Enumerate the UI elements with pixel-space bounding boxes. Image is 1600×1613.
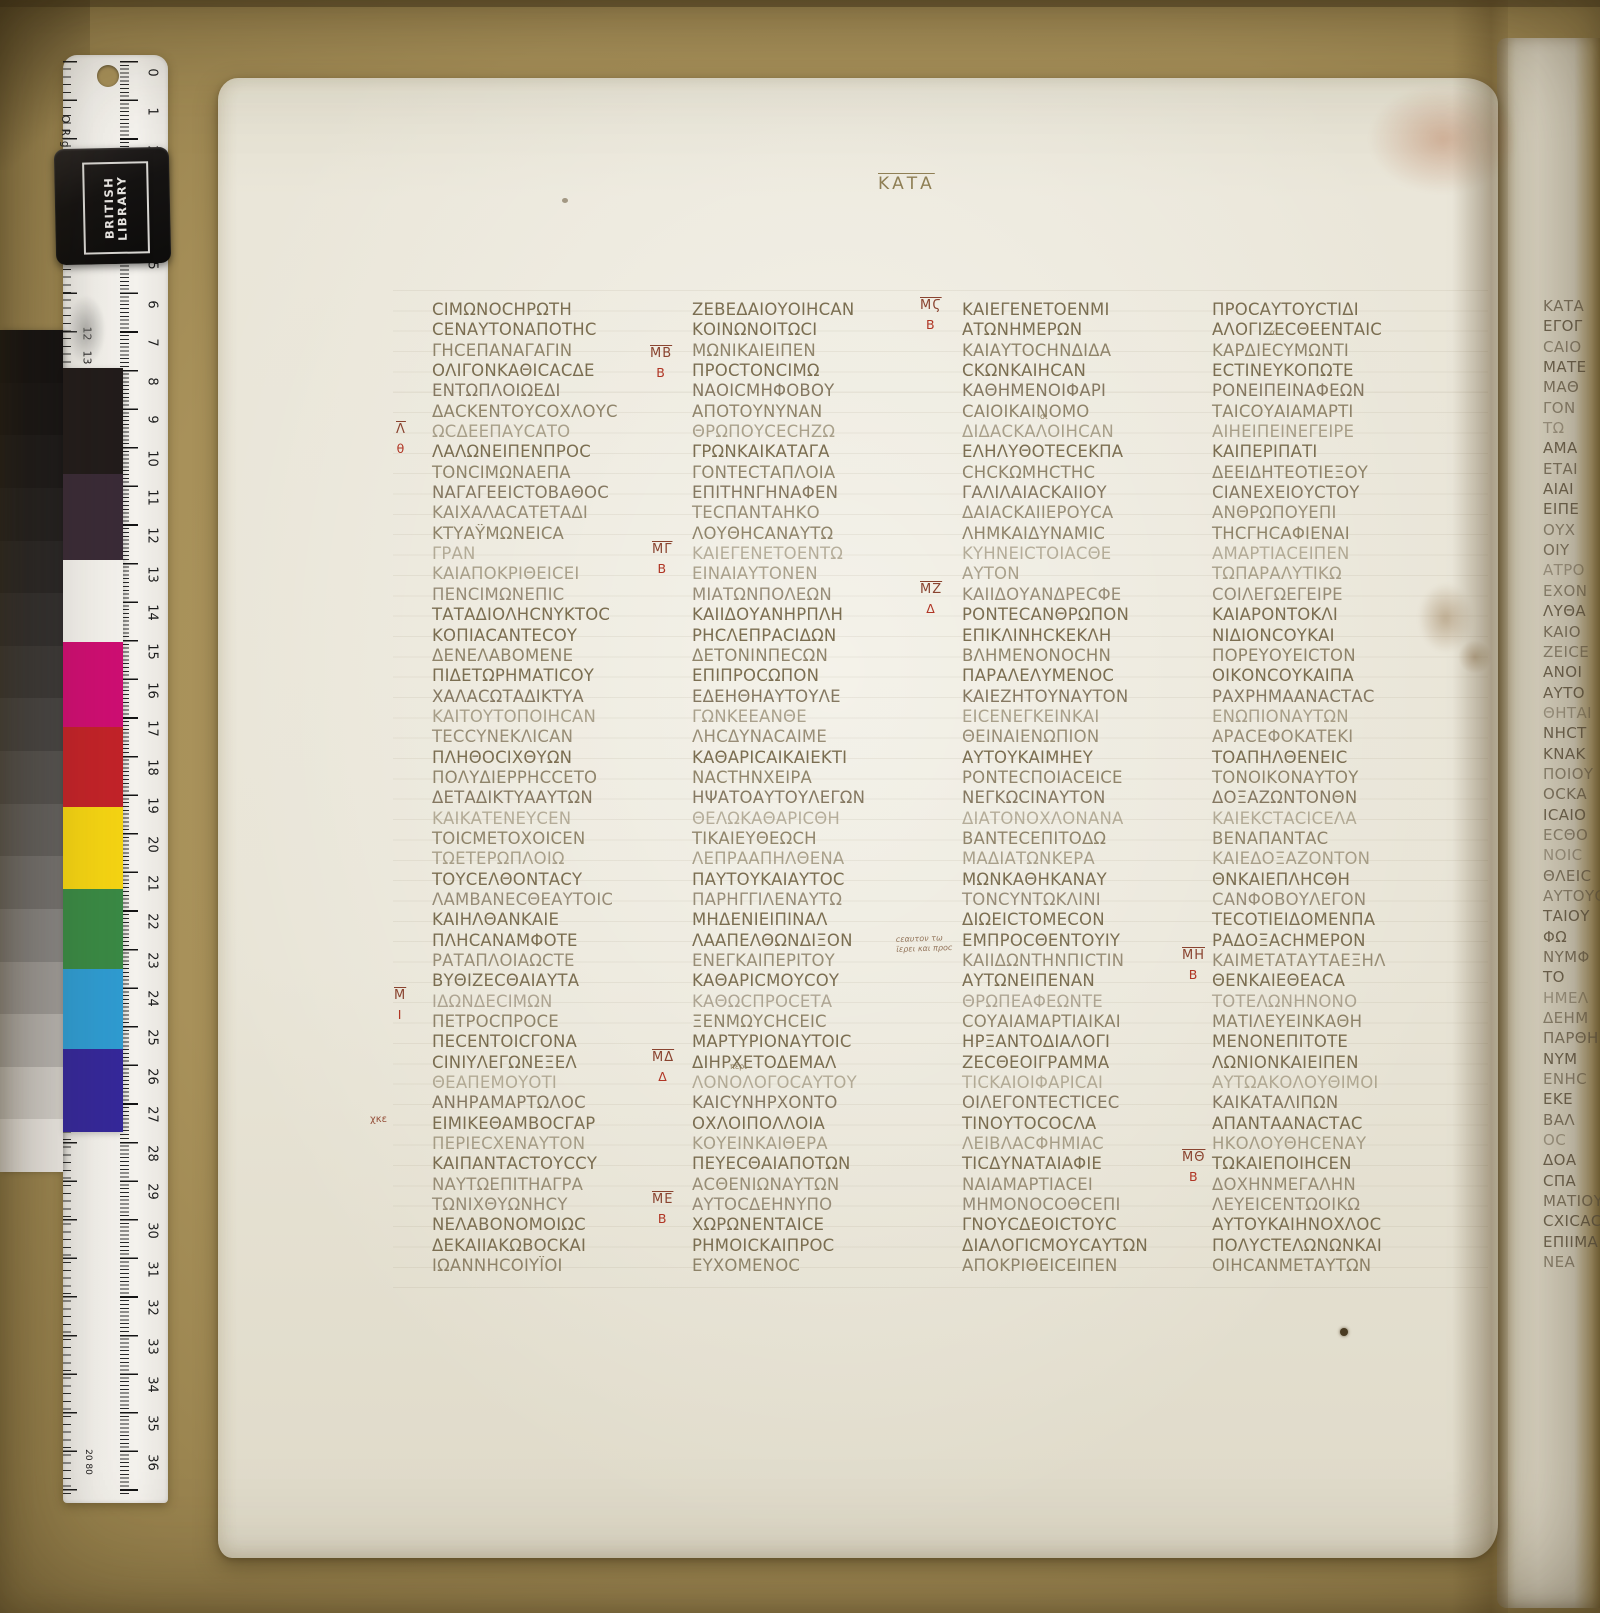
cm-number: 27 xyxy=(145,1106,160,1124)
manuscript-line: ΚΑΙΜΕΤΑΤΑΥΤΑΕΞΗΛ xyxy=(1212,951,1464,971)
manuscript-line: ΚΑΙΕΓΕΝΕΤΟΕΝΜΙ xyxy=(962,300,1214,320)
grayscale-step xyxy=(0,1067,63,1120)
manuscript-line: ΑΜΑΡΤΙΑϹΕΙΠΕΝ xyxy=(1212,544,1464,564)
manuscript-line: ΑΥΤΟϹΔΕΗΝΥΠΟ xyxy=(692,1195,944,1215)
manuscript-line: ΑΠΑΝΤΑΑΝΑϹΤΑϹ xyxy=(1212,1114,1464,1134)
manuscript-line: ΑΝΗΡΑΜΑΡΤΩΛΟϹ xyxy=(432,1093,684,1113)
grayscale-step xyxy=(0,1014,63,1067)
canon-number: Δ xyxy=(920,599,942,618)
eusebian-section-numeral: ΜϚΒ xyxy=(920,296,942,334)
facing-page-line-fragment: ΟϹ xyxy=(1543,1130,1600,1150)
facing-page-line-fragment: ϹΠΑ xyxy=(1543,1171,1600,1191)
facing-page-line-fragment: ΝΗϹΤ xyxy=(1543,723,1600,743)
manuscript-line: ΞΕΝΜΩΥϹΗϹΕΙϹ xyxy=(692,1012,944,1032)
manuscript-line: ΑΥΤΩΑΚΟΛΟΥΘΙΜΟΙ xyxy=(1212,1073,1464,1093)
grayscale-step xyxy=(0,962,63,1015)
manuscript-line: ΠΛΗΘΟϹΙΧΘΥΩΝ xyxy=(432,748,684,768)
manuscript-line: ΕΝΩΠΙΟΝΑΥΤΩΝ xyxy=(1212,707,1464,727)
manuscript-line: ΔΑϹΚΕΝΤΟΥϹΟΧΛΟΥϹ xyxy=(432,402,684,422)
section-number: ΜΓ xyxy=(652,540,672,559)
manuscript-line: ϹΙΜΩΝΟϹΗΡΩΤΗ xyxy=(432,300,684,320)
manuscript-line: ΡΑΤΑΠΛΟΙΑΩϹΤΕ xyxy=(432,951,684,971)
eusebian-section-numeral: ΜΖΔ xyxy=(920,580,942,618)
canon-number: Β xyxy=(920,315,942,334)
facing-page-line-fragment: ΕΧΟΝ xyxy=(1543,581,1600,601)
facing-page-line-fragment: ΕΠΙΙΜΑ xyxy=(1543,1232,1600,1252)
interlinear-correction: αι xyxy=(1270,328,1278,337)
cm-number: 12 xyxy=(145,527,160,545)
manuscript-line: ΗΚΟΛΟΥΘΗϹΕΝΑΥ xyxy=(1212,1134,1464,1154)
manuscript-line: ΠΛΗϹΑΝΑΜΦΟΤΕ xyxy=(432,931,684,951)
facing-page-line-fragment: ΕΝΗϹ xyxy=(1543,1069,1600,1089)
manuscript-line: ΘΝΚΑΙΕΠΛΗϹΘΗ xyxy=(1212,870,1464,890)
grayscale-step xyxy=(0,909,63,962)
manuscript-line: ΜΕΝΟΝΕΠΙΤΟΤΕ xyxy=(1212,1032,1464,1052)
manuscript-line: ΤΙΚΑΙΕΥΘΕΩϹΗ xyxy=(692,829,944,849)
facing-page-line-fragment: ΛΥΘΑ xyxy=(1543,601,1600,621)
manuscript-line: ΕΝΕΓΚΑΙΠΕΡΙΤΟΥ xyxy=(692,951,944,971)
manuscript-line: ΚΑΘΑΡΙϹΜΟΥϹΟΥ xyxy=(692,971,944,991)
section-number: ΜΘ xyxy=(1182,1148,1205,1167)
manuscript-line: ΔΕΝΕΛΑΒΟΜΕΝΕ xyxy=(432,646,684,666)
manuscript-line: ΑϹΘΕΝΙΩΝΑΥΤΩΝ xyxy=(692,1175,944,1195)
canon-number: Ι xyxy=(394,1005,406,1024)
manuscript-line: ΑΙΗΕΙΠΕΙΝΕΓΕΙΡΕ xyxy=(1212,422,1464,442)
manuscript-line: ΒΑΝΤΕϹΕΠΙΤΟΔΩ xyxy=(962,829,1214,849)
manuscript-line: ΤΟΑΠΗΛΘΕΝΕΙϹ xyxy=(1212,748,1464,768)
manuscript-line: ΟΧΛΟΙΠΟΛΛΟΙΑ xyxy=(692,1114,944,1134)
manuscript-line: ΑΝΘΡΩΠΟΥΕΠΙ xyxy=(1212,503,1464,523)
manuscript-line: ΤΩΠΑΡΑΛΥΤΙΚΩ xyxy=(1212,564,1464,584)
manuscript-line: ΤΕϹΠΑΝΤΑΗΚΟ xyxy=(692,503,944,523)
manuscript-line: ΠΕΤΡΟϹΠΡΟϹΕ xyxy=(432,1012,684,1032)
manuscript-line: ΜΩΝΙΚΑΙΕΙΠΕΝ xyxy=(692,341,944,361)
manuscript-line: ΝΙΔΙΟΝϹΟΥΚΑΙ xyxy=(1212,626,1464,646)
manuscript-line: ΡΟΝΤΕϹΠΟΙΑϹΕΙϹΕ xyxy=(962,768,1214,788)
manuscript-line: ΤΙΝΟΥΤΟϹΟϹΛΑ xyxy=(962,1114,1214,1134)
cm-number: 18 xyxy=(145,758,160,776)
manuscript-line: ΕΠΙΠΡΟϹΩΠΟΝ xyxy=(692,666,944,686)
color-calibration-bar xyxy=(63,368,123,1132)
canon-number: Β xyxy=(652,1209,673,1228)
manuscript-line: ΧΩΡΩΝΕΝΤΑΙϹΕ xyxy=(692,1215,944,1235)
manuscript-line: ΘΡΩΠΕΑΦΕΩΝΤΕ xyxy=(962,992,1214,1012)
manuscript-line: ΚΑΙΑΥΤΟϹΗΝΔΙΔΑ xyxy=(962,341,1214,361)
color-patch-black xyxy=(63,368,123,474)
manuscript-line: ΚΑΙΧΑΛΑϹΑΤΕΤΑΔΙ xyxy=(432,503,684,523)
facing-page-line-fragment: ΝΥΜ xyxy=(1543,1049,1600,1069)
cm-number: 16 xyxy=(145,681,160,699)
facing-page-line-fragment: ΜΑΤΙΟΥ xyxy=(1543,1191,1600,1211)
manuscript-line: ΑΥΤΟΝ xyxy=(962,564,1214,584)
manuscript-line: ΠΙΔΕΤΩΡΗΜΑΤΙϹΟΥ xyxy=(432,666,684,686)
manuscript-line: ΔΕΚΑΙΙΑΚΩΒΟϹΚΑΙ xyxy=(432,1236,684,1256)
color-patch-violet xyxy=(63,1049,123,1132)
manuscript-line: ΠΡΟϹΤΟΝϹΙΜΩ xyxy=(692,361,944,381)
grayscale-wedge xyxy=(0,330,63,1172)
eusebian-section-numeral: χκε xyxy=(370,1110,387,1129)
manuscript-line: ΜΙΑΤΩΝΠΟΛΕΩΝ xyxy=(692,585,944,605)
manuscript-line: ΚΑΙΤΟΥΤΟΠΟΙΗϹΑΝ xyxy=(432,707,684,727)
facing-page-line-fragment: ΠΟΙΟΥ xyxy=(1543,764,1600,784)
manuscript-line: ΤΟΝϹΙΜΩΝΑΕΠΑ xyxy=(432,463,684,483)
facing-page-line-fragment: ϹΧΙϹΑϹ xyxy=(1543,1211,1600,1231)
section-number: χκε xyxy=(370,1110,387,1129)
facing-page-line-fragment: ΟΙΥ xyxy=(1543,540,1600,560)
smudge-mark xyxy=(66,295,106,365)
facing-page-text-fragments: ΚΑΤΑΕΓΟΓϹΑΙΟΜΑΤΕΜΑΘΓΟΝΤΩΑΜΑΕΤΑΙΑΙΑΙΕΙΠΕΟ… xyxy=(1543,296,1600,1273)
facing-page-line-fragment: ΑΥΤΟΥϹ xyxy=(1543,886,1600,906)
manuscript-line: ΑΛΟΓΙΖΕϹΘΕΕΝΤΑΙϹ xyxy=(1212,320,1464,340)
manuscript-line: ΜΗΔΕΝΙΕΙΠΙΝΑΛ xyxy=(692,910,944,930)
manuscript-line: ΖΕϹΘΕΟΙΓΡΑΜΜΑ xyxy=(962,1053,1214,1073)
manuscript-line: ΡΗΜΟΙϹΚΑΙΠΡΟϹ xyxy=(692,1236,944,1256)
section-number: ΜΒ xyxy=(650,344,672,363)
manuscript-line: ΝΑϹΤΗΝΧΕΙΡΑ xyxy=(692,768,944,788)
cm-number: 36 xyxy=(145,1453,160,1471)
facing-page-line-fragment: ΠΑΡΘΗ xyxy=(1543,1028,1600,1048)
manuscript-line: ΚΑΙΙΔΟΥΑΝΗΡΠΛΗ xyxy=(692,605,944,625)
eusebian-section-numeral: ΜΒΒ xyxy=(650,344,672,382)
facing-page-line-fragment: ΔΕΗΜ xyxy=(1543,1008,1600,1028)
text-column-1: ϹΙΜΩΝΟϹΗΡΩΤΗϹΕΝΑΥΤΟΝΑΠΟΤΗϹΓΗϹΕΠΑΝΑΓΑΓΙΝΟ… xyxy=(432,300,684,1277)
manuscript-line: ΝΕΛΑΒΟΝΟΜΟΙΩϹ xyxy=(432,1215,684,1235)
facing-page-line-fragment: ΖΕΙϹΕ xyxy=(1543,642,1600,662)
facing-page-line-fragment: ΑΤΡΟ xyxy=(1543,560,1600,580)
manuscript-line: ΠΟΛΥΔΙΕΡΡΗϹϹΕΤΟ xyxy=(432,768,684,788)
cm-number: 32 xyxy=(145,1299,160,1317)
grayscale-step xyxy=(0,330,63,383)
manuscript-line: ΚΥΗΝΕΙϹΤΟΙΑϹΘΕ xyxy=(962,544,1214,564)
manuscript-line: ΑΥΤΟΥΚΑΙΜΗΕΥ xyxy=(962,748,1214,768)
interlinear-correction: οι xyxy=(1040,412,1048,421)
color-patch-dark-purple xyxy=(63,474,123,560)
manuscript-line: ΕΛΗΛΥΘΟΤΕϹΕΚΠΑ xyxy=(962,442,1214,462)
manuscript-line: ΚΑΙΕΚϹΤΑϹΙϹΕΛΑ xyxy=(1212,809,1464,829)
facing-page-line-fragment: ΔΟΑ xyxy=(1543,1150,1600,1170)
grayscale-step xyxy=(0,541,63,594)
manuscript-line: ΔΕΕΙΔΗΤΕΟΤΙΕΞΟΥ xyxy=(1212,463,1464,483)
facing-page-line-fragment: ΚΑΤΑ xyxy=(1543,296,1600,316)
manuscript-line: ΚΑΙϹΥΝΗΡΧΟΝΤΟ xyxy=(692,1093,944,1113)
manuscript-line: ΚΑΡΔΙΕϹΥΜΩΝΤΙ xyxy=(1212,341,1464,361)
text-column-3: ΚΑΙΕΓΕΝΕΤΟΕΝΜΙΑΤΩΝΗΜΕΡΩΝΚΑΙΑΥΤΟϹΗΝΔΙΔΑϹΚ… xyxy=(962,300,1214,1277)
manuscript-line: ΑΥΤΩΝΕΙΠΕΝΑΝ xyxy=(962,971,1214,991)
manuscript-line: ΡΗϹΛΕΠΡΑϹΙΔΩΝ xyxy=(692,626,944,646)
facing-page-line-fragment: ΗΜΕΛ xyxy=(1543,988,1600,1008)
manuscript-line: ΛΗΜΚΑΙΔΥΝΑΜΙϹ xyxy=(962,524,1214,544)
cm-number: 13 xyxy=(145,565,160,583)
cm-number: 23 xyxy=(145,951,160,969)
manuscript-line: ΔΕΤΟΝΙΝΠΕϹΩΝ xyxy=(692,646,944,666)
grayscale-step xyxy=(0,646,63,699)
cm-number: 7 xyxy=(145,334,160,352)
cm-number: 9 xyxy=(145,411,160,429)
manuscript-line: ΔΕΤΑΔΙΚΤΥΑΑΥΤΩΝ xyxy=(432,788,684,808)
facing-page-line-fragment: ΕΓΟΓ xyxy=(1543,316,1600,336)
cm-number: 1 xyxy=(145,102,160,120)
facing-page-line-fragment: ϹΑΙΟ xyxy=(1543,337,1600,357)
manuscript-line: ΤΙϹΔΥΝΑΤΑΙΑΦΙΕ xyxy=(962,1154,1214,1174)
manuscript-line: ΠΟΛΥϹΤΕΛΩΝΩΝΚΑΙ xyxy=(1212,1236,1464,1256)
manuscript-line: ΛΕΙΒΛΑϹΦΗΜΙΑϹ xyxy=(962,1134,1214,1154)
section-number: ΜΗ xyxy=(1182,946,1205,965)
manuscript-line: ΝΕΓΚΩϹΙΝΑΥΤΟΝ xyxy=(962,788,1214,808)
manuscript-line: ΑΤΩΝΗΜΕΡΩΝ xyxy=(962,320,1214,340)
manuscript-line: ΤΕϹϹΥΝΕΚΛΙϹΑΝ xyxy=(432,727,684,747)
facing-page-line-fragment: ΝΕΑ xyxy=(1543,1252,1600,1272)
facing-page-line-fragment: ΦΩ xyxy=(1543,927,1600,947)
cm-number: 6 xyxy=(145,295,160,313)
section-number: ΜΔ xyxy=(652,1048,674,1067)
manuscript-line: ΠΑΡΗΓΓΙΛΕΝΑΥΤΩ xyxy=(692,890,944,910)
cm-number: 31 xyxy=(145,1260,160,1278)
eusebian-section-numeral: ΜΗΒ xyxy=(1182,946,1205,984)
facing-page-line-fragment: ΑΙΑΙ xyxy=(1543,479,1600,499)
manuscript-line: ΠΟΡΕΥΟΥΕΙϹΤΟΝ xyxy=(1212,646,1464,666)
manuscript-line: ΠΕΝϹΙΜΩΝΕΠΙϹ xyxy=(432,585,684,605)
facing-page-line-fragment: ΤΟ xyxy=(1543,967,1600,987)
section-number: ΜΕ xyxy=(652,1190,673,1209)
cm-number: 22 xyxy=(145,913,160,931)
manuscript-line: ΗΡΞΑΝΤΟΔΙΑΛΟΓΙ xyxy=(962,1032,1214,1052)
manuscript-line: ϹΙΑΝΕΧΕΙΟΥϹΤΟΥ xyxy=(1212,483,1464,503)
facing-page-line-fragment: ΟΥΧ xyxy=(1543,520,1600,540)
facing-page-line-fragment: ΕΚΕ xyxy=(1543,1089,1600,1109)
british-library-clip: BRITISH LIBRARY xyxy=(54,147,171,265)
canon-number: Β xyxy=(1182,965,1205,984)
eusebian-section-numeral: ΜΔΔ xyxy=(652,1048,674,1086)
manuscript-line: ΡΟΝΕΙΠΕΙΝΑΦΕΩΝ xyxy=(1212,381,1464,401)
facing-page-line-fragment: ΘΛΕΙϹ xyxy=(1543,866,1600,886)
facing-page-line-fragment: ΝΟΙϹ xyxy=(1543,845,1600,865)
gutter-shadow xyxy=(1452,0,1508,1613)
facing-page-edge: ΚΑΤΑΕΓΟΓϹΑΙΟΜΑΤΕΜΑΘΓΟΝΤΩΑΜΑΕΤΑΙΑΙΑΙΕΙΠΕΟ… xyxy=(1497,38,1600,1608)
manuscript-line: ΚΤΥΑΫΜΩΝΕΙϹΑ xyxy=(432,524,684,544)
canon-number: Β xyxy=(652,559,672,578)
eusebian-section-numeral: Λθ xyxy=(396,420,406,458)
manuscript-line: ΘΕΛΩΚΑΘΑΡΙϹΘΗ xyxy=(692,809,944,829)
eusebian-section-numeral: ΜΕΒ xyxy=(652,1190,673,1228)
manuscript-line: ΤΟΝϹΥΝΤΩΚΛΙΝΙ xyxy=(962,890,1214,910)
manuscript-line: ΝΑΓΑΓΕΕΙϹΤΟΒΑΘΟϹ xyxy=(432,483,684,503)
cm-number: 29 xyxy=(145,1183,160,1201)
canon-number: Β xyxy=(650,363,672,382)
manuscript-line: ΡΑΔΟΞΑϹΗΜΕΡΟΝ xyxy=(1212,931,1464,951)
color-patch-white xyxy=(63,560,123,642)
manuscript-line: ΔΟΧΗΝΜΕΓΑΛΗΝ xyxy=(1212,1175,1464,1195)
facing-page-line-fragment: ΤΩ xyxy=(1543,418,1600,438)
manuscript-line: ΕΙΜΙΚΕΘΑΜΒΟϹΓΑΡ xyxy=(432,1114,684,1134)
manuscript-line: ΑΥΤΟΥΚΑΙΗΝΟΧΛΟϹ xyxy=(1212,1215,1464,1235)
manuscript-line: ΗΨΑΤΟΑΥΤΟΥΛΕΓΩΝ xyxy=(692,788,944,808)
eusebian-section-numeral: ΜΓΒ xyxy=(652,540,672,578)
facing-page-line-fragment: ΒΑΛ xyxy=(1543,1110,1600,1130)
manuscript-line: ΠΕΥΕϹΘΑΙΑΠΟΤΩΝ xyxy=(692,1154,944,1174)
manuscript-line: ΤΟΥϹΕΛΘΟΝΤΑϹΥ xyxy=(432,870,684,890)
manuscript-line: ΚΑΙΕΖΗΤΟΥΝΑΥΤΟΝ xyxy=(962,687,1214,707)
manuscript-line: ϹΟΙΛΕΓΩΕΓΕΙΡΕ xyxy=(1212,585,1464,605)
grayscale-step xyxy=(0,698,63,751)
manuscript-line: ΓΩΝΚΕΕΑΝΘΕ xyxy=(692,707,944,727)
manuscript-line: ΒΥΘΙΖΕϹΘΑΙΑΥΤΑ xyxy=(432,971,684,991)
manuscript-line: ΤΗϹΓΗϹΑΦΙΕΝΑΙ xyxy=(1212,524,1464,544)
ruler-bottom-label: 20 80 xyxy=(83,1449,93,1475)
manuscript-line: ΚΑΙΑΠΟΚΡΙΘΕΙϹΕΙ xyxy=(432,564,684,584)
manuscript-line: ΚΟΥΕΙΝΚΑΙΘΕΡΑ xyxy=(692,1134,944,1154)
cm-number: 11 xyxy=(145,488,160,506)
manuscript-line: ΚΑΘΑΡΙϹΑΙΚΑΙΕΚΤΙ xyxy=(692,748,944,768)
manuscript-line: ΤΙϹΚΑΙΟΙΦΑΡΙϹΑΙ xyxy=(962,1073,1214,1093)
manuscript-line: ΓΝΟΥϹΔΕΟΙϹΤΟΥϹ xyxy=(962,1215,1214,1235)
facing-page-line-fragment: ΜΑΘ xyxy=(1543,377,1600,397)
manuscript-line: ΜΗΜΟΝΟϹΟΘϹΕΠΙ xyxy=(962,1195,1214,1215)
manuscript-line: ΕϹΤΙΝΕΥΚΟΠΩΤΕ xyxy=(1212,361,1464,381)
manuscript-line: ΔΙΑΛΟΓΙϹΜΟΥϹΑΥΤΩΝ xyxy=(962,1236,1214,1256)
manuscript-line: ΠΑΡΑΛΕΛΥΜΕΝΟϹ xyxy=(962,666,1214,686)
grayscale-step xyxy=(0,1119,63,1172)
manuscript-line: ΚΑΙΗΛΘΑΝΚΑΙΕ xyxy=(432,910,684,930)
manuscript-line: ϹΚΩΝΚΑΙΗϹΑΝ xyxy=(962,361,1214,381)
cm-number: 0 xyxy=(145,64,160,82)
wormhole xyxy=(1340,1328,1348,1336)
text-column-4: ΠΡΟϹΑΥΤΟΥϹΤΙΔΙΑΛΟΓΙΖΕϹΘΕΕΝΤΑΙϹΚΑΡΔΙΕϹΥΜΩ… xyxy=(1212,300,1464,1277)
eusebian-section-numeral: ΜΘΒ xyxy=(1182,1148,1205,1186)
manuscript-line: ΜΑΤΙΛΕΥΕΙΝΚΑΘΗ xyxy=(1212,1012,1464,1032)
manuscript-line: ΛΑΛΩΝΕΙΠΕΝΠΡΟϹ xyxy=(432,442,684,462)
brand-label-library: LIBRARY xyxy=(114,175,129,240)
manuscript-line: ΛΩΝΙΟΝΚΑΙΕΙΠΕΝ xyxy=(1212,1053,1464,1073)
manuscript-line: ΠΑΥΤΟΥΚΑΙΑΥΤΟϹ xyxy=(692,870,944,890)
facing-page-line-fragment: ΚΝΑΚ xyxy=(1543,744,1600,764)
manuscript-line: ΠΕϹΕΝΤΟΙϹΓΟΝΑ xyxy=(432,1032,684,1052)
manuscript-line: ΕΙΝΑΙΑΥΤΟΝΕΝ xyxy=(692,564,944,584)
facing-page-line-fragment: ΝΥΜΦ xyxy=(1543,947,1600,967)
manuscript-line: ΚΑΘΩϹΠΡΟϹΕΤΑ xyxy=(692,992,944,1012)
manuscript-line: ΔΙΩΕΙϹΤΟΜΕϹΟΝ xyxy=(962,910,1214,930)
manuscript-line: ΩϹΔΕΕΠΑΥϹΑΤΟ xyxy=(432,422,684,442)
manuscript-line: ΛΟΝΟΛΟΓΟϹΑΥΤΟΥ xyxy=(692,1073,944,1093)
manuscript-line: ΑΡΑϹΕΦΟΚΑΤΕΚΙ xyxy=(1212,727,1464,747)
manuscript-line: ΝΑΥΤΩΕΠΙΤΗΑΓΡΑ xyxy=(432,1175,684,1195)
facing-page-line-fragment: ΓΟΝ xyxy=(1543,398,1600,418)
manuscript-line: ΔΑΙΑϹΚΑΙΙΕΡΟΥϹΑ xyxy=(962,503,1214,523)
manuscript-line: ΠΡΟϹΑΥΤΟΥϹΤΙΔΙ xyxy=(1212,300,1464,320)
manuscript-line: ΚΑΙΕΔΟΞΑΖΟΝΤΟΝ xyxy=(1212,849,1464,869)
manuscript-line: ΧΑΛΑϹΩΤΑΔΙΚΤΥΑ xyxy=(432,687,684,707)
manuscript-line: ΕΙϹΕΝΕΓΚΕΙΝΚΑΙ xyxy=(962,707,1214,727)
grayscale-step xyxy=(0,435,63,488)
manuscript-line: ΝΑΟΙϹΜΗΦΟΒΟΥ xyxy=(692,381,944,401)
manuscript-line: ΕΥΧΟΜΕΝΟϹ xyxy=(692,1256,944,1276)
manuscript-line: ΚΑΙΙΔΟΥΑΝΔΡΕϹΦΕ xyxy=(962,585,1214,605)
cm-number: 15 xyxy=(145,643,160,661)
cm-number: 10 xyxy=(145,450,160,468)
running-title-text: ΚΑΤΑ xyxy=(878,174,935,194)
cm-number: 14 xyxy=(145,604,160,622)
top-edge-shadow xyxy=(0,0,1600,7)
manuscript-line: ϹΕΝΑΥΤΟΝΑΠΟΤΗϹ xyxy=(432,320,684,340)
manuscript-line: ϹΗϹΚΩΜΗϹΤΗϹ xyxy=(962,463,1214,483)
cm-number: 26 xyxy=(145,1067,160,1085)
manuscript-line: ΛΗϹΔΥΝΑϹΑΙΜΕ xyxy=(692,727,944,747)
manuscript-line: ΕΜΠΡΟϹΘΕΝΤΟΥΙΥ xyxy=(962,931,1214,951)
manuscript-line: ΔΟΞΑΖΩΝΤΟΝΘΝ xyxy=(1212,788,1464,808)
manuscript-line: ΖΕΒΕΔΑΙΟΥΟΙΗϹΑΝ xyxy=(692,300,944,320)
cm-number: 35 xyxy=(145,1415,160,1433)
manuscript-line: ΕΠΙΤΗΝΓΗΝΑΦΕΝ xyxy=(692,483,944,503)
manuscript-line: ΕΝΤΩΠΛΟΙΩΕΔΙ xyxy=(432,381,684,401)
manuscript-line: ΚΑΘΗΜΕΝΟΙΦΑΡΙ xyxy=(962,381,1214,401)
manuscript-line: ΙΔΩΝΔΕϹΙΜΩΝ xyxy=(432,992,684,1012)
cm-number: 19 xyxy=(145,797,160,815)
manuscript-line: ΚΟΙΝΩΝΟΙΤΩϹΙ xyxy=(692,320,944,340)
cm-number: 25 xyxy=(145,1029,160,1047)
facing-page-line-fragment: ΑΜΑ xyxy=(1543,438,1600,458)
manuscript-line: ϹΟΥΑΙΑΜΑΡΤΙΑΙΚΑΙ xyxy=(962,1012,1214,1032)
facing-page-line-fragment: ΜΑΤΕ xyxy=(1543,357,1600,377)
color-patch-magenta xyxy=(63,642,123,727)
manuscript-line: ΜΑΡΤΥΡΙΟΝΑΥΤΟΙϹ xyxy=(692,1032,944,1052)
canon-number: Δ xyxy=(652,1067,674,1086)
section-number: Μ xyxy=(394,986,406,1005)
manuscript-line: ΚΑΙΙΔΩΝΤΗΝΠΙϹΤΙΝ xyxy=(962,951,1214,971)
interlinear-correction: περι xyxy=(730,1062,747,1071)
manuscript-line: ΟΙΛΕΓΟΝΤΕϹΤΙϹΕϹ xyxy=(962,1093,1214,1113)
manuscript-line: ΑΠΟΤΟΥΝΥΝΑΝ xyxy=(692,402,944,422)
facing-page-line-fragment: ΘΗΤΑΙ xyxy=(1543,703,1600,723)
manuscript-line: ΘΕΙΝΑΙΕΝΩΠΙΟΝ xyxy=(962,727,1214,747)
cm-number: 28 xyxy=(145,1144,160,1162)
manuscript-line: ΤΟΝΟΙΚΟΝΑΥΤΟΥ xyxy=(1212,768,1464,788)
facing-page-line-fragment: ΑΥΤΟ xyxy=(1543,683,1600,703)
eusebian-section-numeral: ΜΙ xyxy=(394,986,406,1024)
canon-number: θ xyxy=(396,439,406,458)
manuscript-line: ΤΑΙϹΟΥΑΙΑΜΑΡΤΙ xyxy=(1212,402,1464,422)
grayscale-step xyxy=(0,856,63,909)
speck xyxy=(562,198,568,203)
manuscript-line: ΓΑΛΙΛΑΙΑϹΚΑΙΙΟΥ xyxy=(962,483,1214,503)
manuscript-line: ΓΡΑΝ xyxy=(432,544,684,564)
manuscript-line: ΙΩΑΝΝΗϹΟΙΥΪΟΙ xyxy=(432,1256,684,1276)
manuscript-line: ΛΕΠΡΑΑΠΗΛΘΕΝΑ xyxy=(692,849,944,869)
manuscript-line: ΓΗϹΕΠΑΝΑΓΑΓΙΝ xyxy=(432,341,684,361)
manuscript-line: ΚΑΙΑΡΟΝΤΟΚΛΙ xyxy=(1212,605,1464,625)
manuscript-line: ΤΑΤΑΔΙΟΛΗϹΝΥΚΤΟϹ xyxy=(432,605,684,625)
section-number: ΜϚ xyxy=(920,296,942,315)
cm-number: 21 xyxy=(145,874,160,892)
cm-number: 20 xyxy=(145,836,160,854)
text-column-2: ΖΕΒΕΔΑΙΟΥΟΙΗϹΑΝΚΟΙΝΩΝΟΙΤΩϹΙΜΩΝΙΚΑΙΕΙΠΕΝΠ… xyxy=(692,300,944,1277)
manuscript-line: ΑΠΟΚΡΙΘΕΙϹΕΙΠΕΝ xyxy=(962,1256,1214,1276)
manuscript-line: ΒΛΗΜΕΝΟΝΟϹΗΝ xyxy=(962,646,1214,666)
manuscript-line: ΟΙΗϹΑΝΜΕΤΑΥΤΩΝ xyxy=(1212,1256,1464,1276)
manuscript-line: ϹΑΙΟΙΚΑΙΝΟΜΟ xyxy=(962,402,1214,422)
manuscript-line: ΜΩΝΚΑΘΗΚΑΝΑΥ xyxy=(962,870,1214,890)
manuscript-line: ΤΩΕΤΕΡΩΠΛΟΙΩ xyxy=(432,849,684,869)
manuscript-line: ΒΕΝΑΠΑΝΤΑϹ xyxy=(1212,829,1464,849)
color-patch-red xyxy=(63,727,123,807)
manuscript-line: ΤΩΚΑΙΕΠΟΙΗϹΕΝ xyxy=(1212,1154,1464,1174)
facing-page-line-fragment: ΚΑΙΟ xyxy=(1543,622,1600,642)
grayscale-step xyxy=(0,593,63,646)
manuscript-line: ΛΟΥΘΗϹΑΝΑΥΤΩ xyxy=(692,524,944,544)
manuscript-line: ΚΑΙΕΓΕΝΕΤΟΕΝΤΩ xyxy=(692,544,944,564)
cm-number: 30 xyxy=(145,1222,160,1240)
corrector-note-line: ϊερει και προϲ xyxy=(896,943,952,954)
facing-page-line-fragment: ΙϹΑΙΟ xyxy=(1543,805,1600,825)
manuscript-line: ΓΡΩΝΚΑΙΚΑΤΑΓΑ xyxy=(692,442,944,462)
